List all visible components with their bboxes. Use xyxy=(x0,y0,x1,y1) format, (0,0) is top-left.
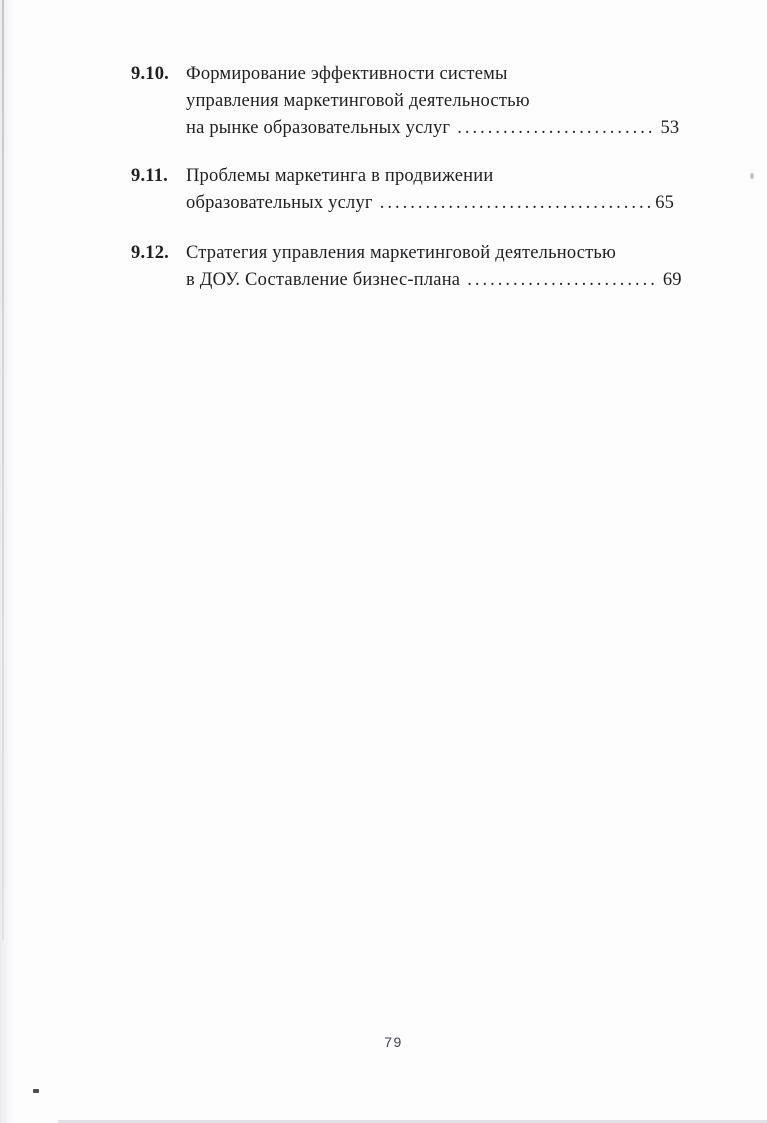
page-ref: 53 xyxy=(660,118,679,138)
scan-edge-left-shadow xyxy=(0,0,14,1123)
scan-speck-bottom-left xyxy=(33,1089,39,1093)
entry-line: образовательных услуг...................… xyxy=(186,190,731,217)
entry-line-text: в ДОУ. Составление бизнес-плана xyxy=(186,270,460,290)
toc-entry-9-10: 9.10. Формирование эффективности системы… xyxy=(131,61,731,142)
entry-line-text: на рынке образовательных услуг xyxy=(186,118,450,138)
entry-body: Стратегия управления маркетинговой деяте… xyxy=(186,240,731,294)
scan-speck-right xyxy=(750,173,754,179)
scanned-page: 9.10. Формирование эффективности системы… xyxy=(0,0,767,1123)
page-number: 79 xyxy=(0,1034,767,1050)
entry-line: на рынке образовательных услуг..........… xyxy=(186,115,731,142)
leader-dots: .................................... xyxy=(380,193,655,213)
entry-line-text: образовательных услуг xyxy=(186,193,373,213)
entry-line: Формирование эффективности системы xyxy=(186,61,731,88)
scan-edge-left-line xyxy=(2,0,4,940)
page-ref: 69 xyxy=(663,270,682,290)
entry-number: 9.10. xyxy=(131,61,186,142)
entry-line: Стратегия управления маркетинговой деяте… xyxy=(186,240,731,267)
entry-line: управления маркетинговой деятельностью xyxy=(186,88,731,115)
entry-line: Проблемы маркетинга в продвижении xyxy=(186,163,731,190)
entry-body: Проблемы маркетинга в продвижении образо… xyxy=(186,163,731,217)
entry-body: Формирование эффективности системы управ… xyxy=(186,61,731,142)
toc-entry-9-12: 9.12. Стратегия управления маркетинговой… xyxy=(131,240,731,294)
entry-number: 9.12. xyxy=(131,240,186,294)
leader-dots: ......................... xyxy=(467,270,658,290)
entry-number: 9.11. xyxy=(131,163,186,217)
toc-entry-9-11: 9.11. Проблемы маркетинга в продвижении … xyxy=(131,163,731,217)
leader-dots: .......................... xyxy=(457,118,655,138)
page-ref: 65 xyxy=(655,193,674,213)
entry-line: в ДОУ. Составление бизнес-плана.........… xyxy=(186,267,731,294)
